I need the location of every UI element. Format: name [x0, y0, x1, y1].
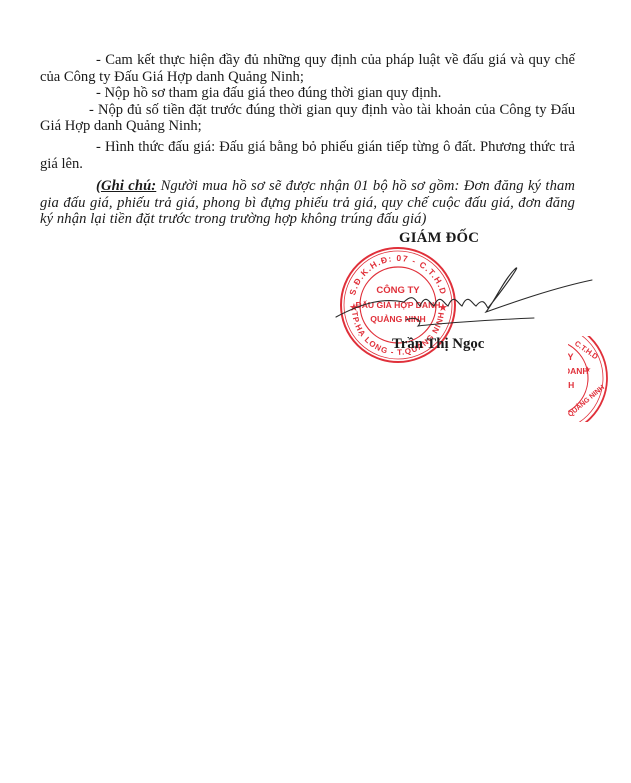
note-paragraph: (Ghi chú: Người mua hồ sơ sẽ được nhận 0…: [40, 178, 575, 228]
signer-name: Trần Thị Ngọc: [392, 336, 484, 353]
document-page: - Cam kết thực hiện đầy đủ những quy địn…: [0, 0, 631, 783]
partial-stamp-line2: DANH: [568, 366, 589, 376]
note-label: Ghi chú:: [101, 178, 156, 194]
paragraph-auction-form: - Hình thức đấu giá: Đấu giá bằng bỏ phi…: [40, 139, 575, 172]
partial-stamp: C.T.H.D ★ TY DANH NH QUẢNG NINH: [568, 336, 631, 422]
partial-stamp-line3: NH: [568, 380, 574, 390]
partial-stamp-ring-text: C.T.H.D: [573, 339, 600, 362]
paragraph-submit-docs: - Nộp hồ sơ tham gia đấu giá theo đúng t…: [40, 85, 575, 102]
paragraph-commitment: - Cam kết thực hiện đầy đủ những quy địn…: [40, 52, 575, 85]
paragraph-deposit: - Nộp đủ số tiền đặt trước đúng thời gia…: [40, 102, 575, 135]
document-body: - Cam kết thực hiện đầy đủ những quy địn…: [40, 52, 575, 228]
signatory-title: GIÁM ĐỐC: [399, 230, 479, 247]
partial-stamp-line1: TY: [568, 352, 574, 362]
handwritten-signature: [334, 262, 594, 342]
